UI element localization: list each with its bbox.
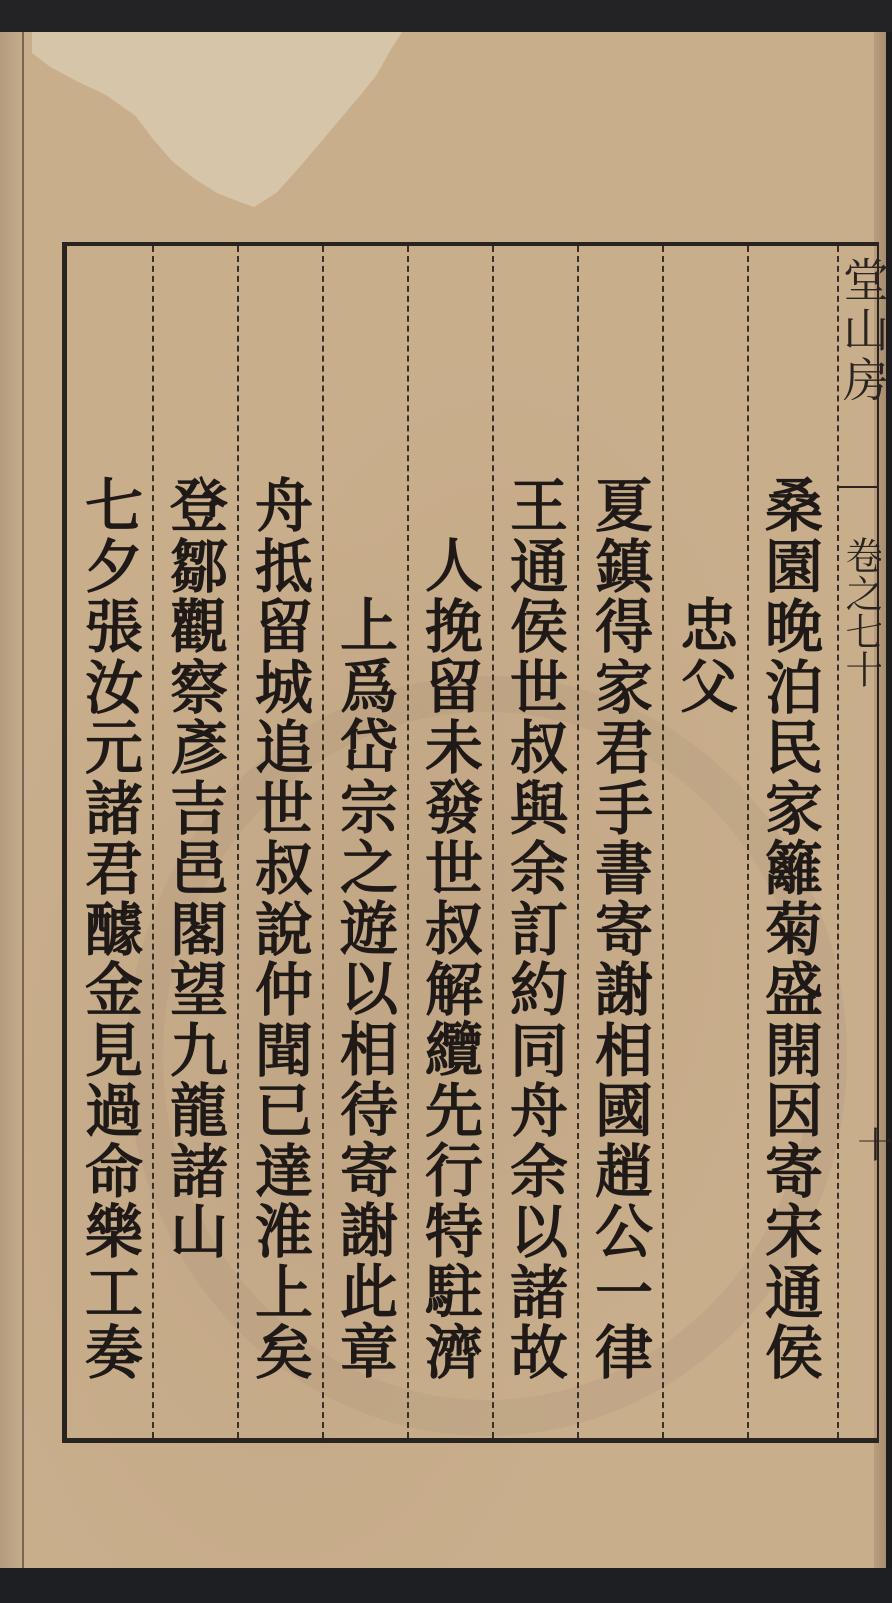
character: 侯 [510, 597, 568, 658]
character: 得 [595, 597, 653, 658]
column-rule [237, 246, 239, 1438]
text-column-6: 上爲岱宗之遊以相待寄謝此章 [334, 596, 404, 1383]
column-rule [662, 246, 664, 1438]
character: 觀 [170, 597, 228, 658]
character: 留 [425, 657, 483, 718]
character: 王 [510, 476, 568, 537]
character: 訂 [510, 900, 568, 961]
character: 抵 [255, 537, 313, 598]
character: 律 [595, 1323, 653, 1384]
character: 舟 [510, 1081, 568, 1142]
character: 已 [255, 1081, 313, 1142]
character: 世 [510, 658, 568, 719]
character: 夏 [595, 476, 653, 537]
column-rule [322, 246, 324, 1438]
character: 未 [425, 718, 483, 779]
character: 上 [255, 1263, 313, 1324]
character: 工 [85, 1263, 143, 1324]
character: 先 [425, 1081, 483, 1142]
character: 謝 [595, 960, 653, 1021]
character: 岱 [340, 717, 398, 778]
character: 家 [595, 658, 653, 719]
character: 七 [85, 476, 143, 537]
character: 過 [85, 1081, 143, 1142]
column-rule [747, 246, 749, 1438]
character: 宗 [340, 778, 398, 839]
character: 諸 [85, 779, 143, 840]
character: 章 [340, 1322, 398, 1383]
character: 通 [765, 1263, 823, 1324]
volume-label: 卷之七十 [841, 536, 881, 726]
character: 公 [595, 1202, 653, 1263]
character: 叔 [255, 839, 313, 900]
character: 彥 [170, 718, 228, 779]
character: 叔 [510, 718, 568, 779]
character: 世 [425, 839, 483, 900]
character: 手 [595, 779, 653, 840]
character: 濟 [425, 1323, 483, 1384]
character: 特 [425, 1202, 483, 1263]
character: 閣 [170, 900, 228, 961]
character: 民 [765, 718, 823, 779]
text-column-9: 七夕張汝元諸君醵金見過命樂工奏 [79, 476, 149, 1384]
book-page: 堂山房 卷之七十 十 桑園晚泊民家籬菊盛開因寄宋通侯 忠父 夏鎮得家君手書寄謝相… [24, 32, 886, 1568]
character: 舟 [255, 476, 313, 537]
character: 駐 [425, 1262, 483, 1323]
character: 籬 [765, 839, 823, 900]
character: 望 [170, 960, 228, 1021]
character: 人 [425, 536, 483, 597]
character: 聞 [255, 1021, 313, 1082]
character: 鄒 [170, 537, 228, 598]
scanner-background-bottom [0, 1568, 892, 1603]
character: 叔 [425, 899, 483, 960]
block-margin: 堂山房 卷之七十 十 [837, 246, 877, 1438]
character: 爲 [340, 657, 398, 718]
character: 九 [170, 1021, 228, 1082]
character: 通 [510, 537, 568, 598]
character: 國 [595, 1081, 653, 1142]
character: 約 [510, 960, 568, 1021]
water-damage-patch [32, 32, 402, 207]
character: 父 [680, 657, 738, 718]
character: 寄 [595, 900, 653, 961]
character: 龍 [170, 1081, 228, 1142]
character: 城 [255, 658, 313, 719]
character: 見 [85, 1021, 143, 1082]
character: 盛 [765, 960, 823, 1021]
text-column-5: 人挽留未發世叔解纜先行特駐濟 [419, 536, 489, 1383]
character: 奏 [85, 1323, 143, 1384]
text-column-2: 忠父 [674, 596, 744, 717]
column-rule [152, 246, 154, 1438]
character: 遊 [340, 899, 398, 960]
character: 諸 [170, 1142, 228, 1203]
character: 達 [255, 1142, 313, 1203]
character: 忠 [680, 596, 738, 657]
character: 上 [340, 596, 398, 657]
character: 以 [510, 1202, 568, 1263]
character: 與 [510, 779, 568, 840]
character: 命 [85, 1142, 143, 1203]
character: 行 [425, 1141, 483, 1202]
text-column-4: 王通侯世叔與余訂約同舟余以諸故 [504, 476, 574, 1384]
character: 說 [255, 900, 313, 961]
character: 晚 [765, 597, 823, 658]
character: 金 [85, 960, 143, 1021]
column-rule [577, 246, 579, 1438]
character: 桑 [765, 476, 823, 537]
character: 纜 [425, 1020, 483, 1081]
character: 故 [510, 1323, 568, 1384]
character: 元 [85, 718, 143, 779]
column-rule [492, 246, 494, 1438]
character: 因 [765, 1081, 823, 1142]
character: 山 [170, 1202, 228, 1263]
character: 園 [765, 537, 823, 598]
character: 矣 [255, 1323, 313, 1384]
character: 挽 [425, 597, 483, 658]
character: 追 [255, 718, 313, 779]
character: 鎮 [595, 537, 653, 598]
character: 張 [85, 597, 143, 658]
text-column-7: 舟抵留城追世叔說仲聞已達淮上矣 [249, 476, 319, 1384]
character: 泊 [765, 658, 823, 719]
book-title-partial: 堂山房 [839, 256, 887, 416]
character: 諸 [510, 1263, 568, 1324]
text-column-3: 夏鎮得家君手書寄謝相國趙公一律 [589, 476, 659, 1384]
text-column-1: 桑園晚泊民家籬菊盛開因寄宋通侯 [759, 476, 829, 1384]
character: 趙 [595, 1142, 653, 1203]
character: 家 [765, 779, 823, 840]
character: 余 [510, 839, 568, 900]
fishtail-mark [837, 486, 877, 488]
character: 醵 [85, 900, 143, 961]
character: 相 [340, 1020, 398, 1081]
character: 君 [85, 839, 143, 900]
character: 菊 [765, 900, 823, 961]
character: 之 [340, 838, 398, 899]
character: 開 [765, 1021, 823, 1082]
character: 登 [170, 476, 228, 537]
character: 一 [595, 1263, 653, 1324]
character: 此 [340, 1262, 398, 1323]
character: 解 [425, 960, 483, 1021]
character: 以 [340, 959, 398, 1020]
character: 汝 [85, 658, 143, 719]
character: 世 [255, 779, 313, 840]
character: 留 [255, 597, 313, 658]
scanner-background-top [0, 0, 892, 32]
character: 謝 [340, 1201, 398, 1262]
character: 相 [595, 1021, 653, 1082]
character: 君 [595, 718, 653, 779]
character: 樂 [85, 1202, 143, 1263]
character: 寄 [765, 1142, 823, 1203]
character: 書 [595, 839, 653, 900]
character: 仲 [255, 960, 313, 1021]
previous-page-edge [0, 32, 24, 1572]
leaf-number: 十 [847, 1126, 892, 1162]
character: 寄 [340, 1141, 398, 1202]
column-rule [407, 246, 409, 1438]
text-column-8: 登鄒觀察彥吉邑閣望九龍諸山 [164, 476, 234, 1263]
character: 待 [340, 1080, 398, 1141]
character: 淮 [255, 1202, 313, 1263]
character: 夕 [85, 537, 143, 598]
character: 吉 [170, 779, 228, 840]
character: 同 [510, 1021, 568, 1082]
character: 發 [425, 778, 483, 839]
character: 邑 [170, 839, 228, 900]
character: 察 [170, 658, 228, 719]
character: 侯 [765, 1323, 823, 1384]
character: 余 [510, 1142, 568, 1203]
character: 宋 [765, 1202, 823, 1263]
printed-frame: 堂山房 卷之七十 十 桑園晚泊民家籬菊盛開因寄宋通侯 忠父 夏鎮得家君手書寄謝相… [62, 242, 879, 1443]
